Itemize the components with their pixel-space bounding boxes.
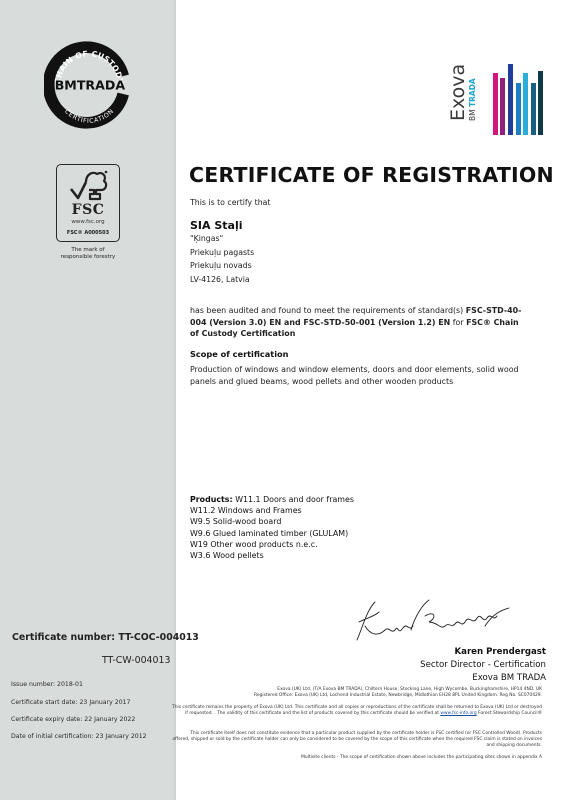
product-item: W19 Other wood products n.e.c.: [190, 539, 354, 550]
signature: [345, 596, 515, 644]
fsc-wordmark: FSC: [57, 203, 119, 217]
multisite-notice: Multisite clients - The scope of certifi…: [172, 755, 542, 761]
fsc-tagline: The mark of responsible forestry: [40, 247, 136, 261]
address-line: LV-4126, Latvia: [190, 275, 250, 284]
exova-bar: [516, 83, 521, 135]
fsc-tree-checkmark-icon: [69, 169, 109, 205]
fsc-tagline-line2: responsible forestry: [40, 254, 136, 261]
fsc-tagline-line1: The mark of: [40, 247, 136, 254]
footer-address-line2: Registered Office: Exova (UK) Ltd, Loche…: [172, 693, 542, 699]
product-text: W3.6 Wood pellets: [190, 551, 264, 560]
exova-wordmark: Exova: [447, 64, 469, 121]
statement-prefix: has been audited and found to meet the r…: [190, 306, 466, 315]
company-address-footer: Exova (UK) Ltd, (T/A Exova BM TRADA), Ch…: [172, 687, 542, 699]
product-item: Products: W11.1 Doors and door frames: [190, 494, 354, 505]
address-line: "Ķingas": [190, 234, 223, 243]
certificate-number-cw: TT-CW-004013: [102, 655, 170, 666]
exova-bar: [493, 73, 498, 135]
property-notice-suffix: Forest Stewardship Council®: [477, 711, 542, 716]
products-list: Products: W11.1 Doors and door framesW11…: [190, 494, 354, 561]
fsc-license-code: FSC® A000503: [57, 230, 119, 236]
sidebar: CHAIN OF CUSTODY CERTIFICATION BMTRADA F…: [0, 0, 176, 800]
certificate-start-date: Certificate start date: 23 January 2017: [11, 699, 131, 706]
exova-trada: TRADA: [468, 78, 477, 107]
exova-bar: [508, 64, 513, 135]
logo-center-text: BMTRADA: [55, 78, 126, 93]
address-line: Priekuļu pagasts: [190, 248, 254, 257]
exova-bar: [523, 73, 528, 135]
property-notice: This certificate remains the property of…: [172, 705, 542, 717]
product-text: W9.5 Solid-wood board: [190, 517, 281, 526]
product-text: W19 Other wood products n.e.c.: [190, 540, 318, 549]
bm-trada-chain-of-custody-logo: CHAIN OF CUSTODY CERTIFICATION BMTRADA: [44, 40, 134, 130]
address-line: Priekuļu novads: [190, 261, 252, 270]
product-text: W11.2 Windows and Frames: [190, 506, 302, 515]
exova-bar: [531, 83, 536, 135]
company-name: SIA Staļi: [190, 219, 243, 232]
product-item: W9.5 Solid-wood board: [190, 516, 354, 527]
certificate-number: Certificate number: TT-COC-004013: [12, 632, 199, 643]
fsc-logo: FSC www.fsc.org FSC® A000503: [56, 164, 120, 242]
signatory-name: Karen Prendergast: [454, 647, 546, 657]
exova-bm-trada-logo: Exova BM TRADA: [440, 25, 550, 135]
audit-statement: has been audited and found to meet the r…: [190, 305, 530, 340]
fsc-url: www.fsc.org: [57, 219, 119, 225]
exova-bar: [500, 78, 505, 135]
evidence-notice: This certificate itself does not constit…: [172, 731, 542, 749]
exova-color-bars: [493, 64, 543, 135]
products-label: Products:: [190, 495, 233, 504]
signatory-org: Exova BM TRADA: [472, 673, 546, 683]
signatory-role: Sector Director - Certification: [420, 660, 546, 670]
exova-bm: BM: [468, 109, 477, 121]
fsc-info-link[interactable]: www.fsc-info.org: [440, 711, 476, 716]
scope-heading: Scope of certification: [190, 349, 288, 359]
product-text: W11.1 Doors and door frames: [235, 495, 354, 504]
issue-number: Issue number: 2018-01: [11, 681, 83, 688]
initial-certification-date: Date of initial certification: 23 Januar…: [11, 733, 147, 740]
product-item: W9.6 Glued laminated timber (GLULAM): [190, 528, 354, 539]
certificate-title: CERTIFICATE OF REGISTRATION: [189, 163, 554, 187]
certificate-expiry-date: Certificate expiry date: 22 January 2022: [11, 716, 135, 723]
certify-intro: This is to certify that: [190, 198, 270, 207]
product-text: W9.6 Glued laminated timber (GLULAM): [190, 529, 348, 538]
statement-mid: for: [450, 318, 466, 327]
scope-text: Production of windows and window element…: [190, 364, 530, 387]
exova-bar: [538, 71, 543, 135]
product-item: W11.2 Windows and Frames: [190, 505, 354, 516]
product-item: W3.6 Wood pellets: [190, 550, 354, 561]
